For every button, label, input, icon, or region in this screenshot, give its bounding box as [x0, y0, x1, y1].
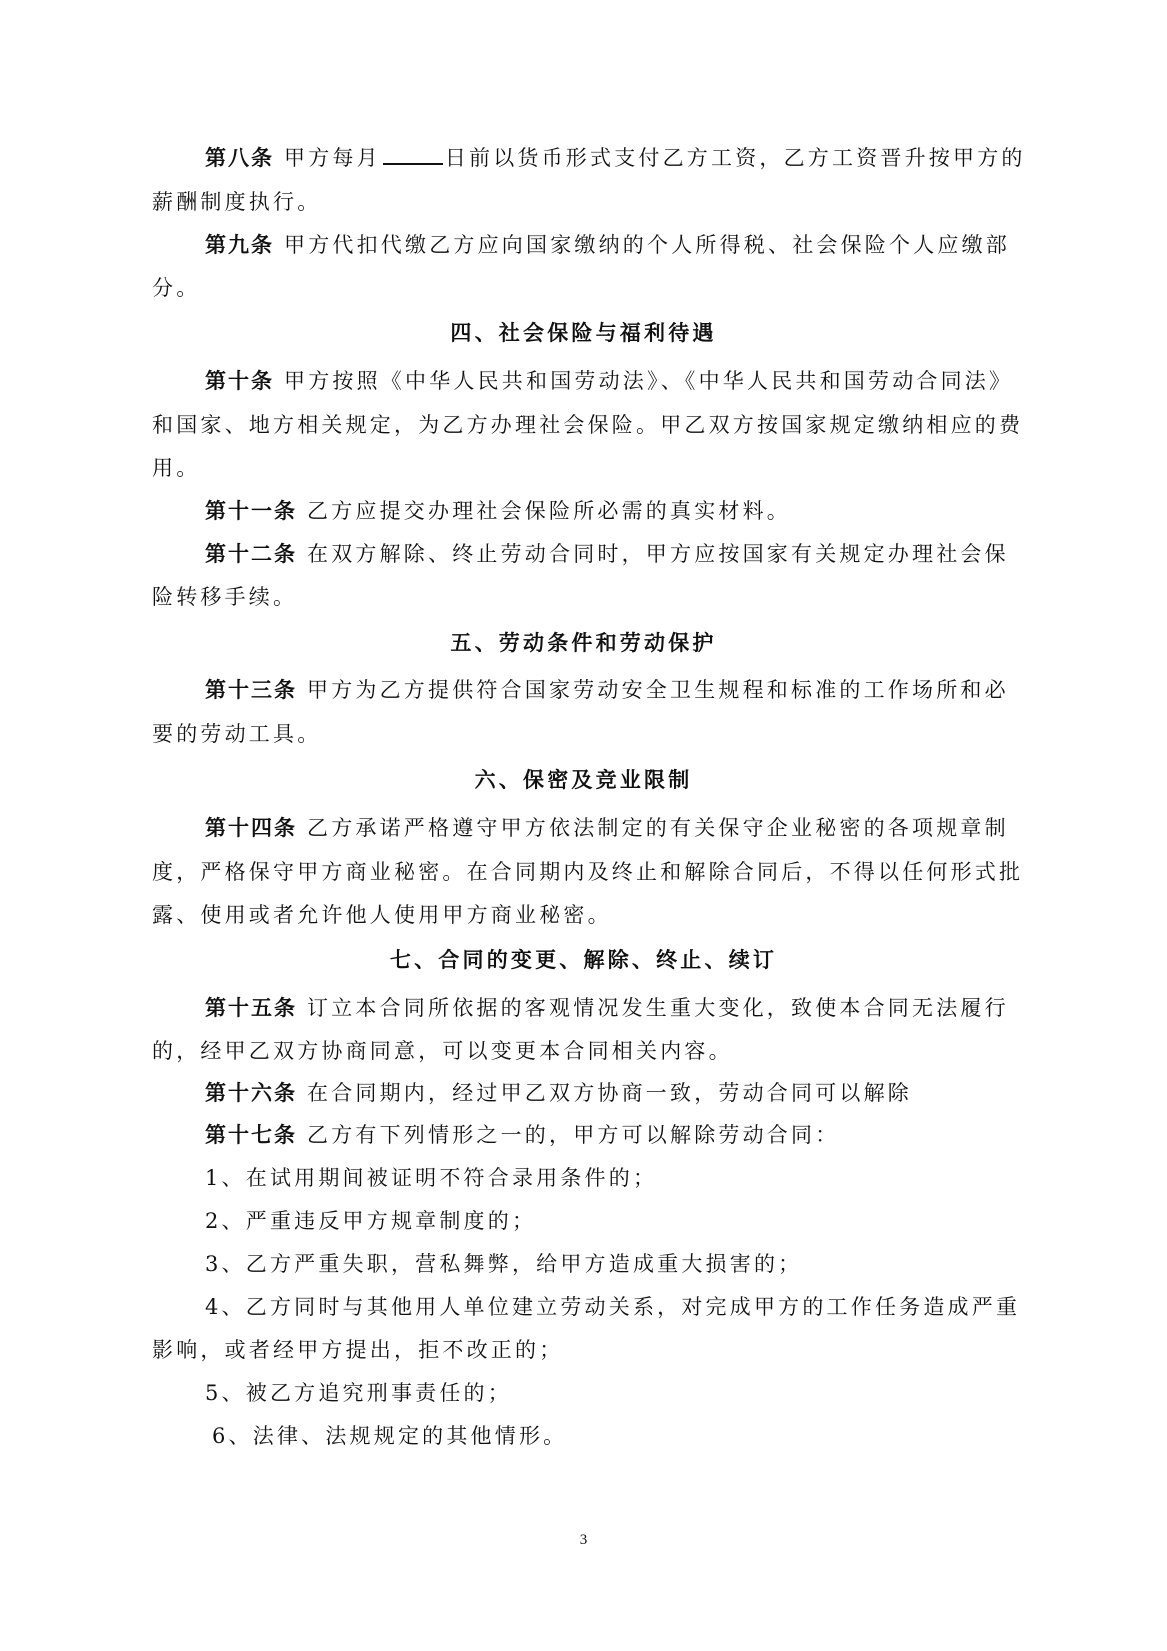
article-17-item-5: 5、被乙方追究刑事责任的； — [205, 1378, 1065, 1408]
article-17-item-3: 3、乙方严重失职，营私舞弊，给甲方造成重大损害的； — [205, 1249, 1065, 1279]
article-text: 在合同期内，经过甲乙双方协商一致，劳动合同可以解除 — [307, 1081, 912, 1105]
article-10-line-3: 用。 — [152, 453, 1012, 483]
article-12-line-1: 第十二条在双方解除、终止劳动合同时，甲方应按国家有关规定办理社会保 — [205, 539, 1065, 569]
article-16-line-1: 第十六条在合同期内，经过甲乙双方协商一致，劳动合同可以解除 — [205, 1078, 1065, 1108]
article-12-line-2: 险转移手续。 — [152, 582, 1012, 612]
section-heading-5: 五、劳动条件和劳动保护 — [0, 628, 1167, 658]
article-label: 第十一条 — [205, 499, 297, 523]
article-10-line-1: 第十条甲方按照《中华人民共和国劳动法》、《中华人民共和国劳动合同法》 — [205, 366, 1065, 396]
article-17-item-6: 6、法律、法规规定的其他情形。 — [212, 1421, 1072, 1451]
article-8-line-2: 薪酬制度执行。 — [152, 187, 1012, 217]
article-13-line-2: 要的劳动工具。 — [152, 719, 1012, 749]
article-17-item-1: 1、在试用期间被证明不符合录用条件的； — [205, 1163, 1065, 1193]
article-8-line-1: 第八条甲方每月日前以货币形式支付乙方工资，乙方工资晋升按甲方的 — [205, 143, 1065, 173]
article-17-item-4-continuation: 影响，或者经甲方提出，拒不改正的； — [152, 1335, 1012, 1365]
article-text: 乙方有下列情形之一的，甲方可以解除劳动合同： — [307, 1123, 839, 1147]
article-label: 第九条 — [205, 233, 274, 257]
article-label: 第八条 — [205, 146, 274, 170]
article-9-line-1: 第九条甲方代扣代缴乙方应向国家缴纳的个人所得税、社会保险个人应缴部 — [205, 230, 1065, 260]
article-label: 第十二条 — [205, 542, 297, 566]
article-9-line-2: 分。 — [152, 273, 1012, 303]
section-heading-4: 四、社会保险与福利待遇 — [0, 318, 1167, 348]
article-15-line-1: 第十五条订立本合同所依据的客观情况发生重大变化，致使本合同无法履行 — [205, 993, 1065, 1023]
article-label: 第十七条 — [205, 1123, 297, 1147]
article-label: 第十六条 — [205, 1081, 297, 1105]
article-label: 第十三条 — [205, 678, 297, 702]
article-10-line-2: 和国家、地方相关规定，为乙方办理社会保险。甲乙双方按国家规定缴纳相应的费 — [152, 410, 1012, 440]
article-17-line-1: 第十七条乙方有下列情形之一的，甲方可以解除劳动合同： — [205, 1120, 1065, 1150]
article-text: 乙方承诺严格遵守甲方依法制定的有关保守企业秘密的各项规章制 — [307, 816, 1009, 840]
article-text: 日前以货币形式支付乙方工资，乙方工资晋升按甲方的 — [445, 146, 1026, 170]
page-number: 3 — [0, 1532, 1167, 1549]
article-label: 第十条 — [205, 369, 274, 393]
payday-blank-field — [383, 143, 443, 165]
article-11-line-1: 第十一条乙方应提交办理社会保险所必需的真实材料。 — [205, 496, 1065, 526]
section-heading-7: 七、合同的变更、解除、终止、续订 — [0, 945, 1167, 975]
article-text: 甲方代扣代缴乙方应向国家缴纳的个人所得税、社会保险个人应缴部 — [284, 233, 1010, 257]
article-14-line-1: 第十四条乙方承诺严格遵守甲方依法制定的有关保守企业秘密的各项规章制 — [205, 813, 1065, 843]
article-15-line-2: 的，经甲乙双方协商同意，可以变更本合同相关内容。 — [152, 1036, 1012, 1066]
article-17-item-2: 2、严重违反甲方规章制度的； — [205, 1206, 1065, 1236]
article-text: 订立本合同所依据的客观情况发生重大变化，致使本合同无法履行 — [307, 996, 1009, 1020]
article-text: 乙方应提交办理社会保险所必需的真实材料。 — [307, 499, 791, 523]
document-page: 第八条甲方每月日前以货币形式支付乙方工资，乙方工资晋升按甲方的 薪酬制度执行。 … — [0, 0, 1167, 1651]
article-17-item-4: 4、乙方同时与其他用人单位建立劳动关系，对完成甲方的工作任务造成严重 — [205, 1292, 1065, 1322]
article-label: 第十四条 — [205, 816, 297, 840]
article-text: 在双方解除、终止劳动合同时，甲方应按国家有关规定办理社会保 — [307, 542, 1009, 566]
article-label: 第十五条 — [205, 996, 297, 1020]
article-text: 甲方为乙方提供符合国家劳动安全卫生规程和标准的工作场所和必 — [307, 678, 1009, 702]
article-text: 甲方按照《中华人民共和国劳动法》、《中华人民共和国劳动合同法》 — [284, 369, 1013, 393]
article-14-line-3: 露、使用或者允许他人使用甲方商业秘密。 — [152, 900, 1012, 930]
article-14-line-2: 度，严格保守甲方商业秘密。在合同期内及终止和解除合同后，不得以任何形式批 — [152, 857, 1012, 887]
article-text: 甲方每月 — [284, 146, 381, 170]
article-13-line-1: 第十三条甲方为乙方提供符合国家劳动安全卫生规程和标准的工作场所和必 — [205, 675, 1065, 705]
section-heading-6: 六、保密及竞业限制 — [0, 765, 1167, 795]
